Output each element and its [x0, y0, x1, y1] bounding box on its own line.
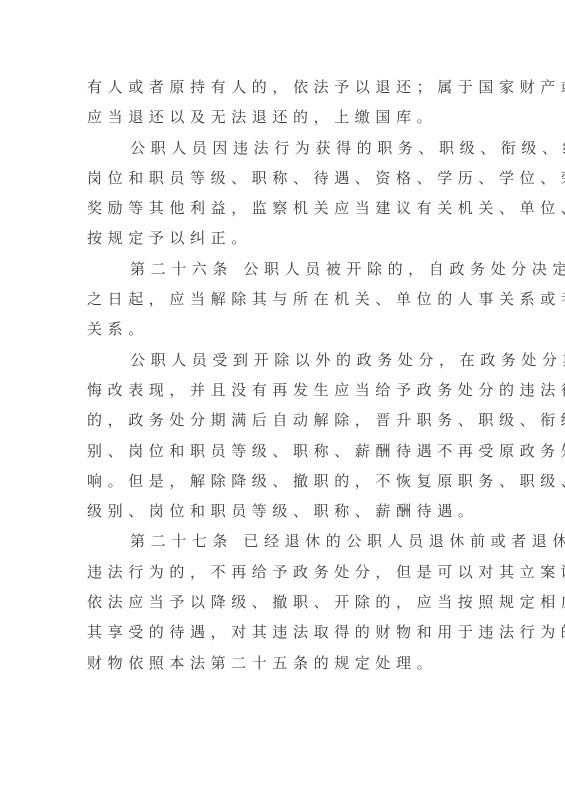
text-line: 之日起，应当解除其与所在机关、单位的人事关系或者劳动 — [87, 284, 487, 314]
paragraph-article-27: 第二十七条 已经退休的公职人员退休前或者退休后有 违法行为的，不再给予政务处分，… — [87, 526, 487, 677]
text-line: 奖励等其他利益，监察机关应当建议有关机关、单位、组织 — [87, 193, 487, 223]
text-line: 别、岗位和职员等级、职称、薪酬待遇不再受原政务处分影 — [87, 436, 487, 466]
paragraph-article-26: 第二十六条 公职人员被开除的，自政务处分决定生效 之日起，应当解除其与所在机关、… — [87, 254, 487, 345]
text-line: 响。但是，解除降级、撤职的，不恢复原职务、职级、衔级、 — [87, 466, 487, 496]
text-line: 关系。 — [87, 314, 487, 344]
text-line: 第二十七条 已经退休的公职人员退休前或者退休后有 — [87, 526, 487, 556]
text-line: 依法应当予以降级、撤职、开除的，应当按照规定相应调整 — [87, 587, 487, 617]
text-line: 悔改表现，并且没有再发生应当给予政务处分的违法行为 — [87, 375, 487, 405]
text-line: 按规定予以纠正。 — [87, 223, 487, 253]
paragraph-continuation: 有人或者原持有人的，依法予以退还；属于国家财产或者不 应当退还以及无法退还的，上… — [87, 72, 487, 133]
text-line: 岗位和职员等级、职称、待遇、资格、学历、学位、荣誉、 — [87, 163, 487, 193]
text-line: 公职人员受到开除以外的政务处分，在政务处分期内有 — [87, 345, 487, 375]
text-line: 公职人员因违法行为获得的职务、职级、衔级、级别、 — [87, 133, 487, 163]
paragraph-illegal-benefits: 公职人员因违法行为获得的职务、职级、衔级、级别、 岗位和职员等级、职称、待遇、资… — [87, 133, 487, 254]
text-line: 的，政务处分期满后自动解除，晋升职务、职级、衔级、级 — [87, 405, 487, 435]
document-body: 有人或者原持有人的，依法予以退还；属于国家财产或者不 应当退还以及无法退还的，上… — [87, 72, 487, 678]
text-line: 第二十六条 公职人员被开除的，自政务处分决定生效 — [87, 254, 487, 284]
text-line: 应当退还以及无法退还的，上缴国库。 — [87, 102, 487, 132]
text-line: 违法行为的，不再给予政务处分，但是可以对其立案调查； — [87, 557, 487, 587]
text-line: 财物依照本法第二十五条的规定处理。 — [87, 648, 487, 678]
text-line: 其享受的待遇，对其违法取得的财物和用于违法行为的本人 — [87, 617, 487, 647]
document-page: 有人或者原持有人的，依法予以退还；属于国家财产或者不 应当退还以及无法退还的，上… — [0, 0, 565, 800]
text-line: 有人或者原持有人的，依法予以退还；属于国家财产或者不 — [87, 72, 487, 102]
text-line: 级别、岗位和职员等级、职称、薪酬待遇。 — [87, 496, 487, 526]
paragraph-sanction-lifting: 公职人员受到开除以外的政务处分，在政务处分期内有 悔改表现，并且没有再发生应当给… — [87, 345, 487, 527]
